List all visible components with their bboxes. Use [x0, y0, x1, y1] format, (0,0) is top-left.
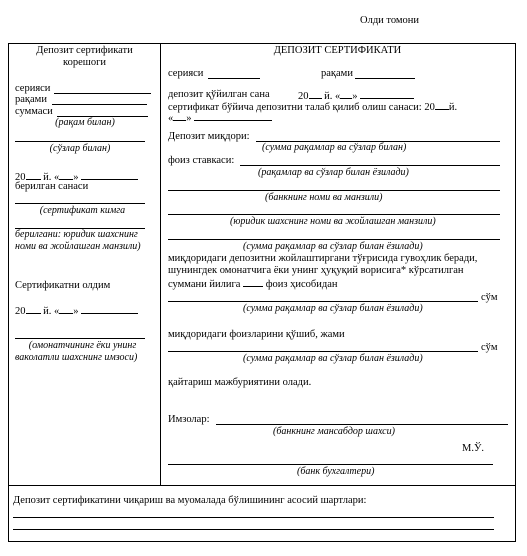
- certificate-title: ДЕПОЗИТ СЕРТИФИКАТИ: [161, 45, 514, 57]
- stub-hint-to-whom-2: берилгани: юридик шахснинг: [15, 229, 138, 241]
- stub-signature-field[interactable]: [15, 338, 145, 339]
- cert-number-label: рақами: [321, 68, 353, 80]
- stub-number-field[interactable]: [52, 104, 147, 105]
- cert-signatures-label: Имзолар:: [168, 414, 210, 426]
- cert-hint-amount-written-3: (сумма рақамлар ва сўзлар билан ёзилади): [243, 353, 423, 365]
- side-label: Олди томони: [360, 15, 419, 27]
- footer-conditions-label: Депозит сертификатини чиқариш ва муомала…: [13, 495, 366, 507]
- cert-interest-add-label: миқдоридаги фоизларини қўшиб, жами: [168, 329, 345, 341]
- cert-seal-label: М.Ў.: [462, 443, 484, 455]
- cert-hint-amount-digits-words: (сумма рақамлар ва сўзлар билан): [262, 142, 406, 154]
- footer-conditions-field-2[interactable]: [13, 529, 494, 530]
- cert-body-line2: шунингдек омонатчига ёки унинг ҳуқуқий в…: [168, 265, 464, 277]
- stub-hint-to-whom-1: (сертификат кимга: [15, 205, 150, 217]
- cert-hint-rate: (рақамлар ва сўзлар билан ёзилади): [258, 167, 409, 179]
- stub-received-month-field[interactable]: [81, 304, 138, 314]
- stub-number-label: рақами: [15, 94, 47, 106]
- cert-body-line1: миқдоридаги депозитни жойлаштиргани тўғр…: [168, 253, 477, 265]
- cert-annual-rate-field[interactable]: [243, 277, 263, 287]
- cert-currency-1: сўм: [481, 292, 498, 304]
- cert-interest-rate-field[interactable]: [240, 165, 500, 166]
- cert-hint-bank: (банкнинг номи ва манзили): [265, 192, 383, 204]
- column-divider: [160, 43, 161, 485]
- stub-hint-signature-2: ваколатли шахснинг имзоси): [15, 352, 137, 364]
- cert-deposit-amount-label: Депозит миқдори:: [168, 131, 250, 143]
- cert-hint-amount-written-2: (сумма рақамлар ва сўзлар билан ёзилади): [243, 303, 423, 315]
- cert-deposit-year-field[interactable]: [309, 89, 322, 99]
- cert-deposit-day-field[interactable]: [340, 89, 352, 99]
- stub-amount-words-field[interactable]: [15, 141, 145, 142]
- stub-hint-words: (сўзлар билан): [15, 143, 145, 155]
- cert-bank-field[interactable]: [168, 190, 500, 191]
- footer-divider: [8, 485, 515, 486]
- stub-title-line1: Депозит сертификати: [9, 45, 160, 57]
- cert-series-label: серияси: [168, 68, 203, 80]
- stub-hint-digits: (рақам билан): [15, 117, 155, 129]
- footer-conditions-field-1[interactable]: [13, 517, 494, 518]
- cert-hint-amount-written: (сумма рақамлар ва сўзлар билан ёзилади): [243, 241, 423, 253]
- cert-hint-accountant: (банк бухгалтери): [297, 466, 374, 478]
- cert-interest-sum-field[interactable]: [168, 301, 478, 302]
- cert-interest-rate-label: фоиз ставкаси:: [168, 155, 234, 167]
- stub-issue-date-label: берилган санаси: [15, 181, 88, 193]
- cert-series-field[interactable]: [208, 78, 260, 79]
- cert-claim-year-field[interactable]: [435, 100, 449, 110]
- cert-amount-written-field[interactable]: [168, 239, 500, 240]
- cert-total-sum-field[interactable]: [168, 351, 478, 352]
- cert-bank-official-signature-field[interactable]: [216, 424, 508, 425]
- stub-day-field[interactable]: [59, 170, 73, 180]
- cert-claim-date-2: «»: [168, 111, 272, 125]
- stub-series-field[interactable]: [54, 93, 151, 94]
- stub-hint-signature-1: (омонатчининг ёки унинг: [15, 340, 150, 352]
- cert-obligation-text: қайтариш мажбуриятини олади.: [168, 377, 311, 389]
- stub-hint-to-whom-3: номи ва жойлашган манзили): [15, 241, 141, 253]
- stub-received-day-field[interactable]: [59, 304, 73, 314]
- cert-legal-entity-field[interactable]: [168, 214, 500, 215]
- stub-title-line2: корешоги: [9, 57, 160, 69]
- stub-received-year-field[interactable]: [26, 304, 41, 314]
- cert-number-field[interactable]: [355, 78, 415, 79]
- cert-claim-month-field[interactable]: [194, 111, 272, 121]
- cert-body-line3: суммани йилига фоиз ҳисобидан: [168, 277, 338, 291]
- stub-recipient-field-1[interactable]: [15, 203, 145, 204]
- stub-month-field[interactable]: [81, 170, 138, 180]
- cert-hint-legal-entity: (юридик шахснинг номи ва жойлашган манзи…: [230, 216, 436, 228]
- cert-hint-bank-official: (банкнинг мансабдор шахси): [273, 426, 395, 438]
- stub-year-field[interactable]: [26, 170, 41, 180]
- cert-deposit-month-field[interactable]: [360, 89, 414, 99]
- stub-received-label: Сертификатни олдим: [15, 280, 110, 292]
- cert-accountant-signature-field[interactable]: [168, 464, 493, 465]
- cert-currency-2: сўм: [481, 342, 498, 354]
- cert-claim-day-field[interactable]: [173, 111, 186, 121]
- stub-received-date: 20 й. «»: [15, 304, 138, 318]
